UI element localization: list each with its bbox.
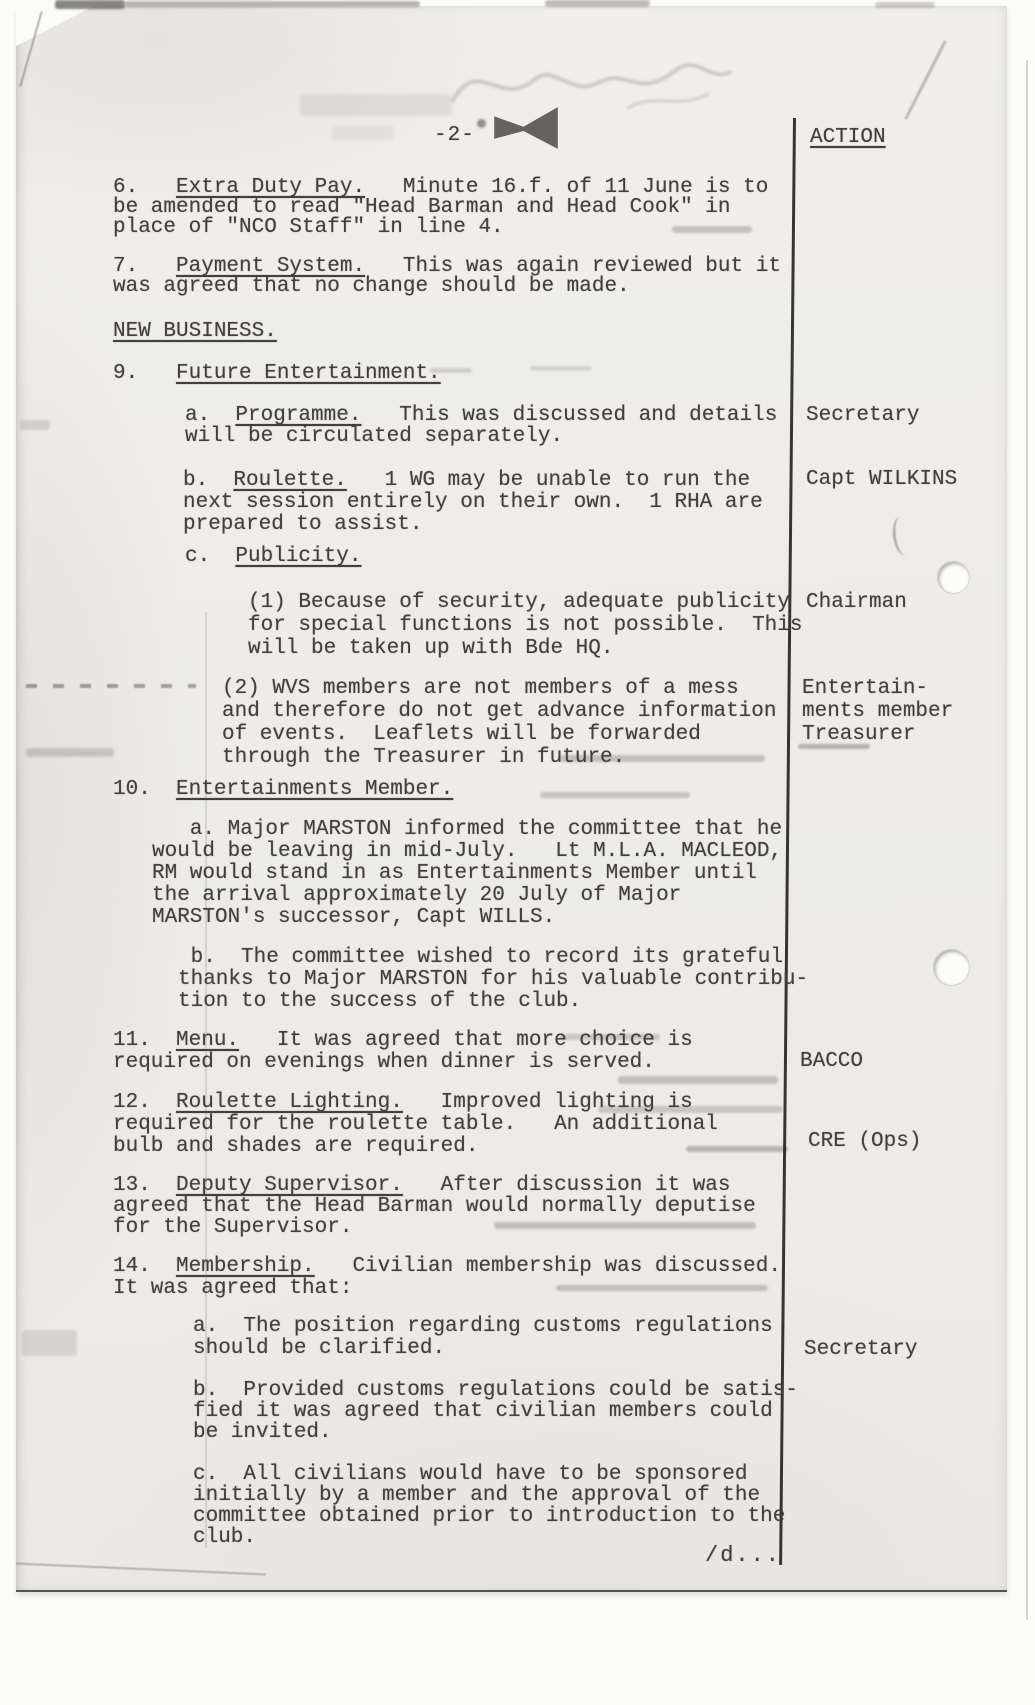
new-business-heading: NEW BUSINESS.	[113, 320, 277, 343]
item-14c-text: All civilians would have to be sponsored…	[193, 1463, 785, 1549]
item-10: 10. Entertainments Member.	[113, 779, 453, 800]
action-capt-wilkins: Capt WILKINS	[806, 469, 957, 491]
faded-stamp	[300, 94, 452, 116]
item-14-number: 14.	[113, 1255, 176, 1278]
item-9c2: (2) WVS members are not members of a mes…	[222, 677, 777, 769]
item-9: 9. Future Entertainment.	[113, 364, 441, 384]
item-6: 6. Extra Duty Pay. Minute 16.f. of 11 Ju…	[113, 178, 768, 238]
item-9a-heading: Programme.	[235, 404, 361, 427]
item-10a-text: Major MARSTON informed the committee tha…	[152, 818, 782, 929]
smudge	[540, 792, 690, 798]
item-9b-number: b.	[183, 469, 233, 492]
item-13: 13. Deputy Supervisor. After discussion …	[113, 1175, 756, 1238]
item-9c2-text: WVS members are not members of a mess an…	[222, 677, 777, 769]
handwriting-bleedthrough	[438, 42, 768, 132]
smudge	[26, 748, 114, 757]
item-9a: a. Programme. This was discussed and det…	[185, 405, 777, 447]
item-13-heading: Deputy Supervisor.	[176, 1174, 403, 1197]
item-14a-number: a.	[193, 1315, 243, 1338]
item-9-number: 9.	[113, 362, 176, 385]
item-9-heading: Future Entertainment.	[176, 362, 441, 385]
faded-stamp	[332, 126, 394, 140]
action-bacco: BACCO	[800, 1051, 863, 1073]
item-9b: b. Roulette. 1 WG may be unable to run t…	[183, 470, 763, 536]
action-secretary-1: Secretary	[806, 405, 919, 427]
item-9c: c. Publicity.	[185, 546, 361, 567]
item-10b-text: The committee wished to record its grate…	[178, 946, 808, 1013]
ink-smudge-dot	[477, 119, 486, 128]
action-chairman: Chairman	[806, 592, 907, 614]
item-14: 14. Membership. Civilian membership was …	[113, 1256, 781, 1300]
item-9c1-number: (1)	[248, 591, 298, 614]
item-10a-number: a.	[152, 818, 228, 841]
scan-edge-mark	[125, 1, 420, 7]
item-11-heading: Menu.	[176, 1029, 239, 1052]
item-14b-text: Provided customs regulations could be sa…	[193, 1379, 798, 1444]
underlying-sheet-edge	[1026, 60, 1028, 1620]
item-13-number: 13.	[113, 1174, 176, 1197]
item-7: 7. Payment System. This was again review…	[113, 257, 781, 297]
item-14c: c. All civilians would have to be sponso…	[193, 1464, 785, 1548]
scan-edge-mark	[55, 0, 125, 9]
item-10-heading: Entertainments Member.	[176, 778, 453, 801]
item-11: 11. Menu. It was agreed that more choice…	[113, 1030, 693, 1074]
action-entertainments-treasurer: Entertain- ments member Treasurer	[802, 677, 953, 746]
item-9c1-text: Because of security, adequate publicity …	[248, 591, 803, 660]
item-10b: b. The committee wished to record its gr…	[178, 947, 808, 1013]
margin-dash-marks	[26, 684, 196, 688]
new-business: NEW BUSINESS.	[113, 322, 277, 342]
item-9b-heading: Roulette.	[233, 469, 346, 492]
item-9a-number: a.	[185, 404, 235, 427]
item-9c-heading: Publicity.	[235, 545, 361, 568]
item-14a-text: The position regarding customs regulatio…	[193, 1315, 773, 1360]
item-14a: a. The position regarding customs regula…	[193, 1316, 773, 1360]
page-number: -2-	[434, 124, 475, 147]
item-9c1: (1) Because of security, adequate public…	[248, 591, 803, 660]
item-14b-number: b.	[193, 1379, 243, 1402]
smudge	[618, 1076, 778, 1084]
action-secretary-2: Secretary	[804, 1339, 917, 1361]
item-10a: a. Major MARSTON informed the committee …	[152, 819, 782, 929]
item-10-number: 10.	[113, 778, 176, 801]
scanned-minutes-page: -2- ACTION 6. Extra Duty Pay. Minute 16.…	[0, 0, 1035, 1705]
scan-edge-mark	[545, 0, 650, 7]
smudge	[22, 1330, 77, 1356]
item-9c2-number: (2)	[222, 677, 272, 700]
item-9c-number: c.	[185, 545, 235, 568]
item-14c-number: c.	[193, 1463, 243, 1486]
continuation-marker: /d...	[705, 1543, 781, 1568]
item-10b-number: b.	[178, 946, 241, 969]
smudge	[20, 420, 50, 430]
item-12: 12. Roulette Lighting. Improved lighting…	[113, 1092, 718, 1158]
item-11-number: 11.	[113, 1029, 176, 1052]
scan-edge-mark	[875, 2, 935, 8]
item-14-heading: Membership.	[176, 1255, 315, 1278]
punch-hole	[934, 950, 969, 985]
item-12-number: 12.	[113, 1091, 176, 1114]
action-column-header: ACTION	[810, 126, 886, 149]
smudge	[530, 366, 592, 371]
item-12-heading: Roulette Lighting.	[176, 1091, 403, 1114]
punch-hole	[938, 562, 969, 593]
paper-corner-tear	[16, 6, 94, 46]
item-14b: b. Provided customs regulations could be…	[193, 1380, 798, 1443]
action-cre-ops: CRE (Ops)	[808, 1131, 921, 1153]
